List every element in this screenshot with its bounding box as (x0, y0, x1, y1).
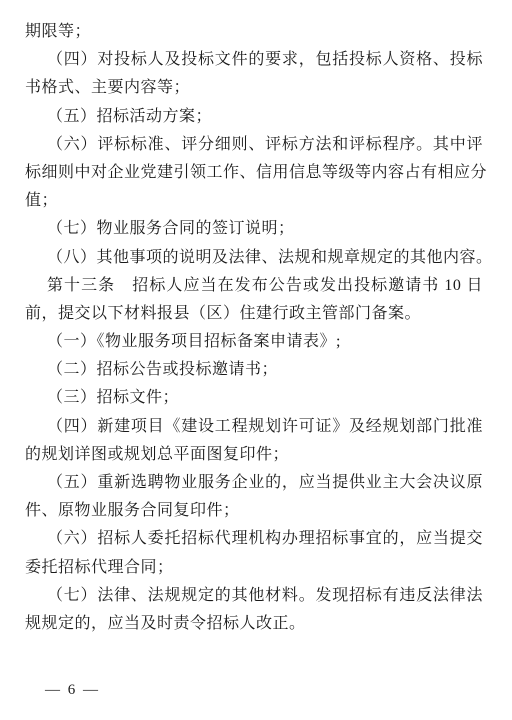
text-line: 规规定的，应当及时责令招标人改正。 (25, 610, 483, 638)
text-line: 件、原物业服务合同复印件； (25, 497, 483, 525)
text-line: 值； (25, 187, 483, 215)
text-line: （三）招标文件； (25, 384, 483, 412)
text-line: 标细则中对企业党建引领工作、信用信息等级等内容占有相应分 (25, 159, 483, 187)
page-number: — 6 — (45, 676, 100, 704)
text-line: （七）物业服务合同的签订说明； (25, 215, 483, 243)
text-line: （四）对投标人及投标文件的要求，包括投标人资格、投标 (25, 46, 483, 74)
text-line: （二）招标公告或投标邀请书； (25, 356, 483, 384)
text-line: 书格式、主要内容等； (25, 74, 483, 102)
document-body: 期限等；（四）对投标人及投标文件的要求，包括投标人资格、投标书格式、主要内容等；… (25, 18, 483, 638)
text-line: 期限等； (25, 18, 483, 46)
text-line: 委托招标代理合同； (25, 554, 483, 582)
text-line: （五）招标活动方案； (25, 103, 483, 131)
text-line: （六）招标人委托招标代理机构办理招标事宜的，应当提交 (25, 525, 483, 553)
text-line: 前，提交以下材料报县（区）住建行政主管部门备案。 (25, 300, 483, 328)
text-line: （七）法律、法规规定的其他材料。发现招标有违反法律法 (25, 582, 483, 610)
text-line: （五）重新选聘物业服务企业的，应当提供业主大会决议原 (25, 469, 483, 497)
text-line: 第十三条 招标人应当在发布公告或发出投标邀请书 10 日 (25, 272, 483, 300)
text-line: （四）新建项目《建设工程规划许可证》及经规划部门批准 (25, 413, 483, 441)
text-line: （一）《物业服务项目招标备案申请表》; (25, 328, 483, 356)
text-line: 的规划详图或规划总平面图复印件； (25, 441, 483, 469)
text-line: （六）评标标准、评分细则、评标方法和评标程序。其中评 (25, 131, 483, 159)
document-page: 期限等；（四）对投标人及投标文件的要求，包括投标人资格、投标书格式、主要内容等；… (0, 0, 512, 720)
text-line: （八）其他事项的说明及法律、法规和规章规定的其他内容。 (25, 244, 483, 272)
